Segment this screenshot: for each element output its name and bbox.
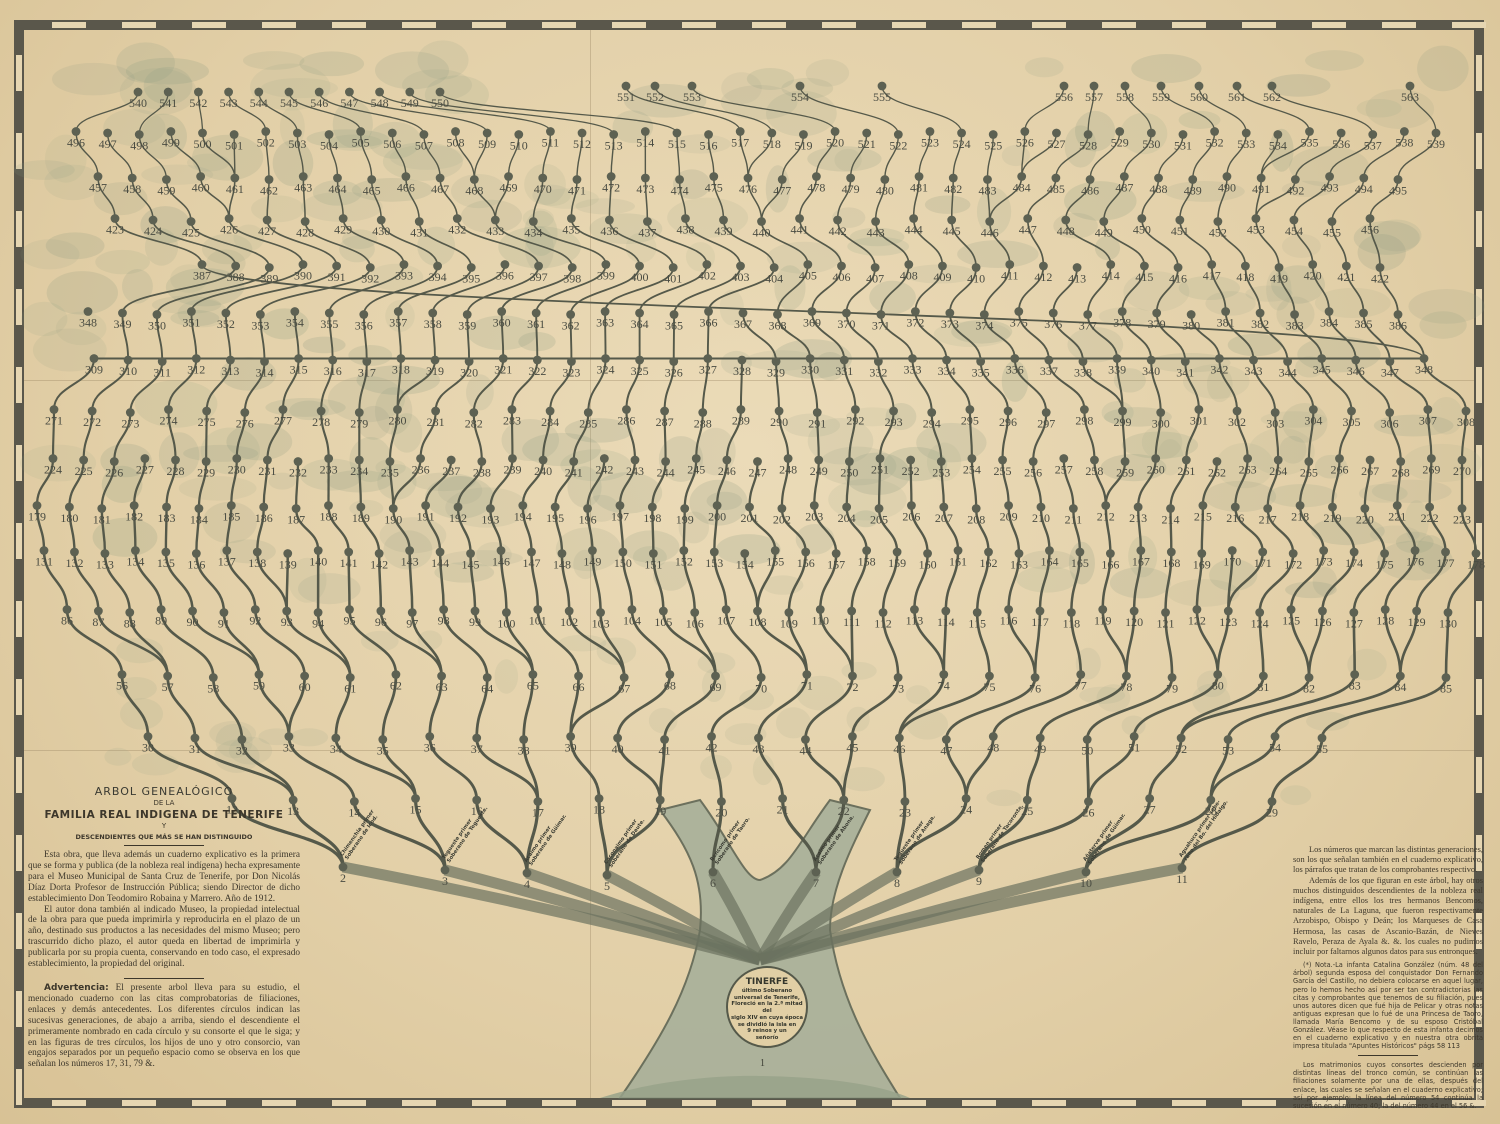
node-label: 457 bbox=[89, 181, 107, 195]
node-label: 446 bbox=[981, 226, 999, 240]
node-label: 129 bbox=[1408, 615, 1426, 629]
node-label: 515 bbox=[668, 137, 686, 151]
node-label: 57 bbox=[162, 680, 174, 694]
node-label: 239 bbox=[503, 463, 521, 477]
node-label: 240 bbox=[534, 464, 552, 478]
node-label: 272 bbox=[83, 415, 101, 429]
node-label: 357 bbox=[389, 316, 407, 330]
node-label: 42 bbox=[706, 741, 718, 755]
node-label: 340 bbox=[1142, 364, 1160, 378]
node-label: 44 bbox=[799, 744, 811, 758]
node-label: 419 bbox=[1270, 272, 1288, 286]
node-label: 145 bbox=[462, 558, 480, 572]
node-label: 406 bbox=[832, 270, 850, 284]
node-label: 332 bbox=[869, 366, 887, 380]
title-line-1: ARBOL GENEALÓGICO bbox=[28, 785, 300, 798]
node-label: 52 bbox=[1175, 742, 1187, 756]
node-label: 148 bbox=[553, 558, 571, 572]
node-label: 244 bbox=[657, 466, 675, 480]
node-label: 131 bbox=[35, 555, 53, 569]
node-label: 496 bbox=[67, 136, 85, 150]
node-label: 229 bbox=[197, 466, 215, 480]
node-label: 375 bbox=[1010, 316, 1028, 330]
node-label: 59 bbox=[253, 679, 265, 693]
node-label: 109 bbox=[780, 617, 798, 631]
node-label: 534 bbox=[1269, 139, 1287, 153]
node-label: 554 bbox=[791, 90, 809, 104]
node-label: 519 bbox=[794, 139, 812, 153]
node-label: 321 bbox=[494, 363, 512, 377]
node-label: 4 bbox=[524, 877, 530, 891]
node-label: 18 bbox=[593, 803, 605, 817]
node-label: 501 bbox=[225, 139, 243, 153]
node-label: 291 bbox=[808, 417, 826, 431]
node-label: 497 bbox=[99, 137, 117, 151]
node-label: 504 bbox=[320, 139, 338, 153]
node-label: 141 bbox=[340, 556, 358, 570]
node-label: 73 bbox=[892, 682, 904, 696]
advertencia-paragraph: Advertencia: El presente arbol lleva par… bbox=[28, 983, 300, 1070]
advertencia-label: Advertencia: bbox=[44, 983, 109, 993]
node-label: 224 bbox=[44, 463, 62, 477]
title-line-3: FAMILIA REAL INDIGENA DE TENERIFE bbox=[28, 809, 300, 821]
node-label: 181 bbox=[93, 513, 111, 527]
node-label: 157 bbox=[827, 558, 845, 572]
node-label: 64 bbox=[481, 682, 493, 696]
node-label: 102 bbox=[560, 615, 578, 629]
node-label: 451 bbox=[1171, 224, 1189, 238]
node-label: 99 bbox=[469, 615, 481, 629]
node-label: 352 bbox=[217, 317, 235, 331]
node-label: 152 bbox=[675, 555, 693, 569]
node-label: 312 bbox=[187, 363, 205, 377]
title-block: ARBOL GENEALÓGICO DE LA FAMILIA REAL IND… bbox=[28, 785, 300, 1070]
node-label: 539 bbox=[1427, 137, 1445, 151]
node-label: 314 bbox=[256, 366, 274, 380]
node-label: 128 bbox=[1376, 614, 1394, 628]
node-label: 153 bbox=[705, 556, 723, 570]
node-label: 372 bbox=[906, 316, 924, 330]
node-label: 552 bbox=[646, 90, 664, 104]
node-label: 294 bbox=[923, 417, 941, 431]
node-label: 251 bbox=[871, 463, 889, 477]
node-label: 170 bbox=[1223, 555, 1241, 569]
node-label: 236 bbox=[412, 463, 430, 477]
node-label: 77 bbox=[1075, 679, 1087, 693]
node-label: 252 bbox=[902, 464, 920, 478]
node-label: 220 bbox=[1356, 513, 1374, 527]
node-label: 461 bbox=[226, 182, 244, 196]
nota-paragraph: (*) Nota.-La infanta Catalina González (… bbox=[1293, 961, 1483, 1050]
node-label: 45 bbox=[846, 741, 858, 755]
node-label: 367 bbox=[734, 317, 752, 331]
node-label: 320 bbox=[460, 366, 478, 380]
node-label: 535 bbox=[1300, 136, 1318, 150]
node-label: 74 bbox=[938, 679, 950, 693]
node-label: 66 bbox=[573, 680, 585, 694]
node-label: 94 bbox=[312, 617, 324, 631]
node-label: 507 bbox=[415, 139, 433, 153]
node-label: 323 bbox=[562, 366, 580, 380]
node-label: 193 bbox=[481, 513, 499, 527]
node-label: 450 bbox=[1133, 223, 1151, 237]
node-label: 330 bbox=[801, 363, 819, 377]
node-label: 531 bbox=[1174, 139, 1192, 153]
node-label: 454 bbox=[1285, 224, 1303, 238]
node-label: 411 bbox=[1001, 269, 1019, 283]
node-label: 211 bbox=[1065, 513, 1083, 527]
node-label: 214 bbox=[1162, 513, 1180, 527]
node-label: 222 bbox=[1421, 511, 1439, 525]
node-label: 56 bbox=[116, 679, 128, 693]
node-label: 335 bbox=[972, 366, 990, 380]
node-label: 235 bbox=[381, 466, 399, 480]
node-label: 34 bbox=[330, 742, 342, 756]
node-label: 174 bbox=[1345, 556, 1363, 570]
node-label: 426 bbox=[220, 223, 238, 237]
node-label: 285 bbox=[579, 417, 597, 431]
node-label: 322 bbox=[528, 364, 546, 378]
branch-line bbox=[618, 738, 661, 800]
node-label: 51 bbox=[1128, 741, 1140, 755]
node-label: 536 bbox=[1332, 137, 1350, 151]
node-label: 398 bbox=[563, 272, 581, 286]
title-line-5: DESCENDIENTES QUE MÁS SE HAN DISTINGUIDO bbox=[28, 833, 300, 841]
node-label: 8 bbox=[894, 876, 900, 890]
node-label: 253 bbox=[932, 466, 950, 480]
node-label: 136 bbox=[187, 558, 205, 572]
node-label: 2 bbox=[340, 871, 346, 885]
node-label: 447 bbox=[1019, 223, 1037, 237]
node-label: 511 bbox=[542, 136, 560, 150]
node-label: 490 bbox=[1218, 181, 1236, 195]
node-label: 472 bbox=[602, 181, 620, 195]
node-label: 338 bbox=[1074, 366, 1092, 380]
node-label: 537 bbox=[1364, 139, 1382, 153]
node-label: 221 bbox=[1388, 510, 1406, 524]
node-label: 140 bbox=[309, 555, 327, 569]
node-label: 541 bbox=[159, 96, 177, 110]
node-label: 110 bbox=[811, 614, 829, 628]
node-label: 316 bbox=[324, 364, 342, 378]
node-label: 300 bbox=[1152, 417, 1170, 431]
node-label: 169 bbox=[1193, 558, 1211, 572]
node-label: 118 bbox=[1063, 617, 1081, 631]
node-label: 266 bbox=[1330, 463, 1348, 477]
node-label: 389 bbox=[260, 272, 278, 286]
node-label: 379 bbox=[1148, 317, 1166, 331]
node-label: 381 bbox=[1217, 316, 1235, 330]
node-label: 146 bbox=[492, 555, 510, 569]
node-label: 360 bbox=[493, 316, 511, 330]
node-label: 538 bbox=[1395, 136, 1413, 150]
node-label: 158 bbox=[858, 555, 876, 569]
node-label: 178 bbox=[1467, 558, 1485, 572]
node-label: 150 bbox=[614, 556, 632, 570]
node-label: 89 bbox=[155, 614, 167, 628]
node-label: 543 bbox=[220, 96, 238, 110]
node-label: 399 bbox=[597, 269, 615, 283]
node-label: 248 bbox=[779, 463, 797, 477]
node-label: 202 bbox=[773, 513, 791, 527]
divider bbox=[124, 845, 204, 846]
node-label: 185 bbox=[222, 510, 240, 524]
node-label: 400 bbox=[631, 270, 649, 284]
node-label: 474 bbox=[671, 184, 689, 198]
node-label: 137 bbox=[218, 555, 236, 569]
node-label: 284 bbox=[541, 415, 559, 429]
node-label: 350 bbox=[148, 319, 166, 333]
branch-line bbox=[336, 738, 416, 799]
node-label: 119 bbox=[1094, 614, 1112, 628]
node-label: 276 bbox=[236, 417, 254, 431]
node-label: 327 bbox=[699, 363, 717, 377]
node-label: 545 bbox=[280, 96, 298, 110]
node-label: 410 bbox=[967, 272, 985, 286]
node-label: 329 bbox=[767, 366, 785, 380]
node-label: 486 bbox=[1081, 184, 1099, 198]
node-label: 139 bbox=[279, 558, 297, 572]
node-label: 269 bbox=[1422, 463, 1440, 477]
node-label: 86 bbox=[61, 614, 73, 628]
node-label: 182 bbox=[125, 510, 143, 524]
numbers-paragraph: Los números que marcan las distintas gen… bbox=[1293, 845, 1483, 876]
node-label: 303 bbox=[1266, 417, 1284, 431]
node-label: 417 bbox=[1203, 269, 1221, 283]
node-label: 85 bbox=[1440, 682, 1452, 696]
node-label: 254 bbox=[963, 463, 981, 477]
node-label: 529 bbox=[1111, 136, 1129, 150]
node-label: 9 bbox=[976, 874, 982, 888]
node-label: 282 bbox=[465, 417, 483, 431]
node-label: 500 bbox=[194, 137, 212, 151]
node-label: 439 bbox=[714, 224, 732, 238]
node-label: 106 bbox=[686, 617, 704, 631]
node-label: 180 bbox=[60, 511, 78, 525]
node-label: 324 bbox=[597, 363, 615, 377]
node-label: 187 bbox=[287, 513, 305, 527]
node-label: 344 bbox=[1279, 366, 1297, 380]
node-label: 17 bbox=[532, 806, 544, 820]
node-label: 160 bbox=[919, 558, 937, 572]
node-label: 489 bbox=[1184, 184, 1202, 198]
node-label: 260 bbox=[1147, 463, 1165, 477]
node-label: 234 bbox=[350, 464, 368, 478]
node-label: 116 bbox=[1000, 614, 1018, 628]
node-label: 362 bbox=[562, 319, 580, 333]
node-label: 113 bbox=[906, 614, 924, 628]
node-label: 97 bbox=[406, 617, 418, 631]
node-label: 385 bbox=[1355, 317, 1373, 331]
node-label: 506 bbox=[383, 137, 401, 151]
node-label: 359 bbox=[458, 319, 476, 333]
node-label: 47 bbox=[940, 744, 952, 758]
node-label: 283 bbox=[503, 414, 521, 428]
node-label: 328 bbox=[733, 364, 751, 378]
node-label: 376 bbox=[1044, 317, 1062, 331]
node-label: 163 bbox=[1010, 558, 1028, 572]
node-label: 259 bbox=[1116, 466, 1134, 480]
node-label: 307 bbox=[1419, 414, 1437, 428]
node-label: 192 bbox=[449, 511, 467, 525]
node-label: 250 bbox=[840, 466, 858, 480]
node-label: 292 bbox=[846, 414, 864, 428]
node-label: 54 bbox=[1269, 741, 1281, 755]
node-label: 557 bbox=[1085, 90, 1103, 104]
node-label: 377 bbox=[1079, 319, 1097, 333]
node-label: 262 bbox=[1208, 466, 1226, 480]
node-label: 62 bbox=[390, 679, 402, 693]
node-label: 132 bbox=[65, 556, 83, 570]
node-label: 430 bbox=[372, 224, 390, 238]
node-label: 154 bbox=[736, 558, 754, 572]
node-label: 27 bbox=[1144, 803, 1156, 817]
node-label: 311 bbox=[153, 366, 171, 380]
node-label: 513 bbox=[605, 139, 623, 153]
node-label: 458 bbox=[123, 182, 141, 196]
node-label: 206 bbox=[902, 510, 920, 524]
node-label: 205 bbox=[870, 513, 888, 527]
node-label: 361 bbox=[527, 317, 545, 331]
node-label: 380 bbox=[1182, 319, 1200, 333]
title-line-2: DE LA bbox=[28, 799, 300, 807]
node-label: 114 bbox=[937, 615, 955, 629]
node-label: 318 bbox=[392, 363, 410, 377]
node-label: 258 bbox=[1085, 464, 1103, 478]
node-label: 349 bbox=[113, 317, 131, 331]
node-label: 425 bbox=[182, 226, 200, 240]
node-label: 144 bbox=[431, 556, 449, 570]
node-label: 522 bbox=[889, 139, 907, 153]
node-label: 232 bbox=[289, 466, 307, 480]
node-label: 302 bbox=[1228, 415, 1246, 429]
node-label: 414 bbox=[1102, 269, 1120, 283]
node-label: 87 bbox=[92, 615, 104, 629]
node-label: 149 bbox=[583, 555, 601, 569]
node-label: 514 bbox=[636, 136, 654, 150]
node-label: 468 bbox=[465, 184, 483, 198]
node-label: 473 bbox=[636, 182, 654, 196]
node-label: 124 bbox=[1251, 617, 1269, 631]
node-label: 433 bbox=[486, 224, 504, 238]
node-label: 524 bbox=[953, 137, 971, 151]
node-label: 217 bbox=[1259, 513, 1277, 527]
node-label: 298 bbox=[1075, 414, 1093, 428]
node-label: 470 bbox=[534, 182, 552, 196]
node-label: 93 bbox=[281, 615, 293, 629]
node-label: 429 bbox=[334, 223, 352, 237]
node-label: 3 bbox=[442, 874, 448, 888]
node-label: 310 bbox=[119, 364, 137, 378]
node-label: 218 bbox=[1291, 510, 1309, 524]
node-label: 111 bbox=[843, 615, 860, 629]
node-label: 175 bbox=[1376, 558, 1394, 572]
node-label: 5 bbox=[604, 879, 610, 893]
node-label: 203 bbox=[805, 510, 823, 524]
node-label: 508 bbox=[447, 136, 465, 150]
node-label: 313 bbox=[221, 364, 239, 378]
node-label: 559 bbox=[1152, 90, 1170, 104]
node-label: 263 bbox=[1239, 463, 1257, 477]
node-label: 405 bbox=[799, 269, 817, 283]
node-label: 249 bbox=[810, 464, 828, 478]
node-label: 301 bbox=[1190, 414, 1208, 428]
node-label: 76 bbox=[1029, 682, 1041, 696]
node-label: 391 bbox=[328, 270, 346, 284]
node-label: 115 bbox=[968, 617, 986, 631]
node-label: 53 bbox=[1222, 744, 1234, 758]
node-label: 337 bbox=[1040, 364, 1058, 378]
node-label: 101 bbox=[529, 614, 547, 628]
node-label: 402 bbox=[698, 269, 716, 283]
node-label: 355 bbox=[320, 317, 338, 331]
node-label: 271 bbox=[45, 414, 63, 428]
node-label: 540 bbox=[129, 96, 147, 110]
branch-line bbox=[430, 737, 477, 801]
node-label: 436 bbox=[600, 224, 618, 238]
node-label: 122 bbox=[1188, 614, 1206, 628]
node-label: 14 bbox=[348, 806, 360, 820]
node-label: 444 bbox=[905, 223, 923, 237]
node-label: 438 bbox=[676, 223, 694, 237]
intro-paragraph: Esta obra, que lleva además un cuaderno … bbox=[28, 850, 300, 905]
node-label: 296 bbox=[999, 415, 1017, 429]
node-label: 452 bbox=[1209, 226, 1227, 240]
node-label: 441 bbox=[791, 223, 809, 237]
node-label: 363 bbox=[596, 316, 614, 330]
node-label: 198 bbox=[643, 511, 661, 525]
node-label: 351 bbox=[182, 316, 200, 330]
node-label: 151 bbox=[644, 558, 662, 572]
node-label: 183 bbox=[158, 511, 176, 525]
node-label: 142 bbox=[370, 558, 388, 572]
node-label: 71 bbox=[801, 679, 813, 693]
node-label: 366 bbox=[700, 316, 718, 330]
node-label: 358 bbox=[424, 317, 442, 331]
node-label: 134 bbox=[126, 555, 144, 569]
node-label: 7 bbox=[813, 876, 819, 890]
node-label: 295 bbox=[961, 414, 979, 428]
node-label: 81 bbox=[1257, 680, 1269, 694]
node-label: 386 bbox=[1389, 319, 1407, 333]
node-label: 373 bbox=[941, 317, 959, 331]
node-label: 257 bbox=[1055, 463, 1073, 477]
node-label: 195 bbox=[546, 511, 564, 525]
node-label: 95 bbox=[343, 614, 355, 628]
node-label: 413 bbox=[1068, 272, 1086, 286]
node-label: 348 bbox=[79, 316, 97, 330]
advertencia-text: El presente arbol lleva para su estudio,… bbox=[28, 983, 300, 1069]
node-label: 72 bbox=[846, 680, 858, 694]
node-label: 171 bbox=[1254, 556, 1272, 570]
node-label: 478 bbox=[807, 181, 825, 195]
node-label: 37 bbox=[471, 742, 483, 756]
node-label: 281 bbox=[427, 415, 445, 429]
divider bbox=[1358, 1055, 1418, 1056]
node-label: 546 bbox=[310, 96, 328, 110]
node-label: 288 bbox=[694, 417, 712, 431]
node-label: 83 bbox=[1349, 679, 1361, 693]
node-label: 231 bbox=[258, 464, 276, 478]
node-label: 130 bbox=[1439, 617, 1457, 631]
node-label: 41 bbox=[659, 744, 671, 758]
node-label: 396 bbox=[496, 269, 514, 283]
node-label: 530 bbox=[1142, 137, 1160, 151]
node-label: 255 bbox=[994, 464, 1012, 478]
node-label: 267 bbox=[1361, 464, 1379, 478]
node-label: 388 bbox=[227, 270, 245, 284]
node-label: 505 bbox=[352, 136, 370, 150]
